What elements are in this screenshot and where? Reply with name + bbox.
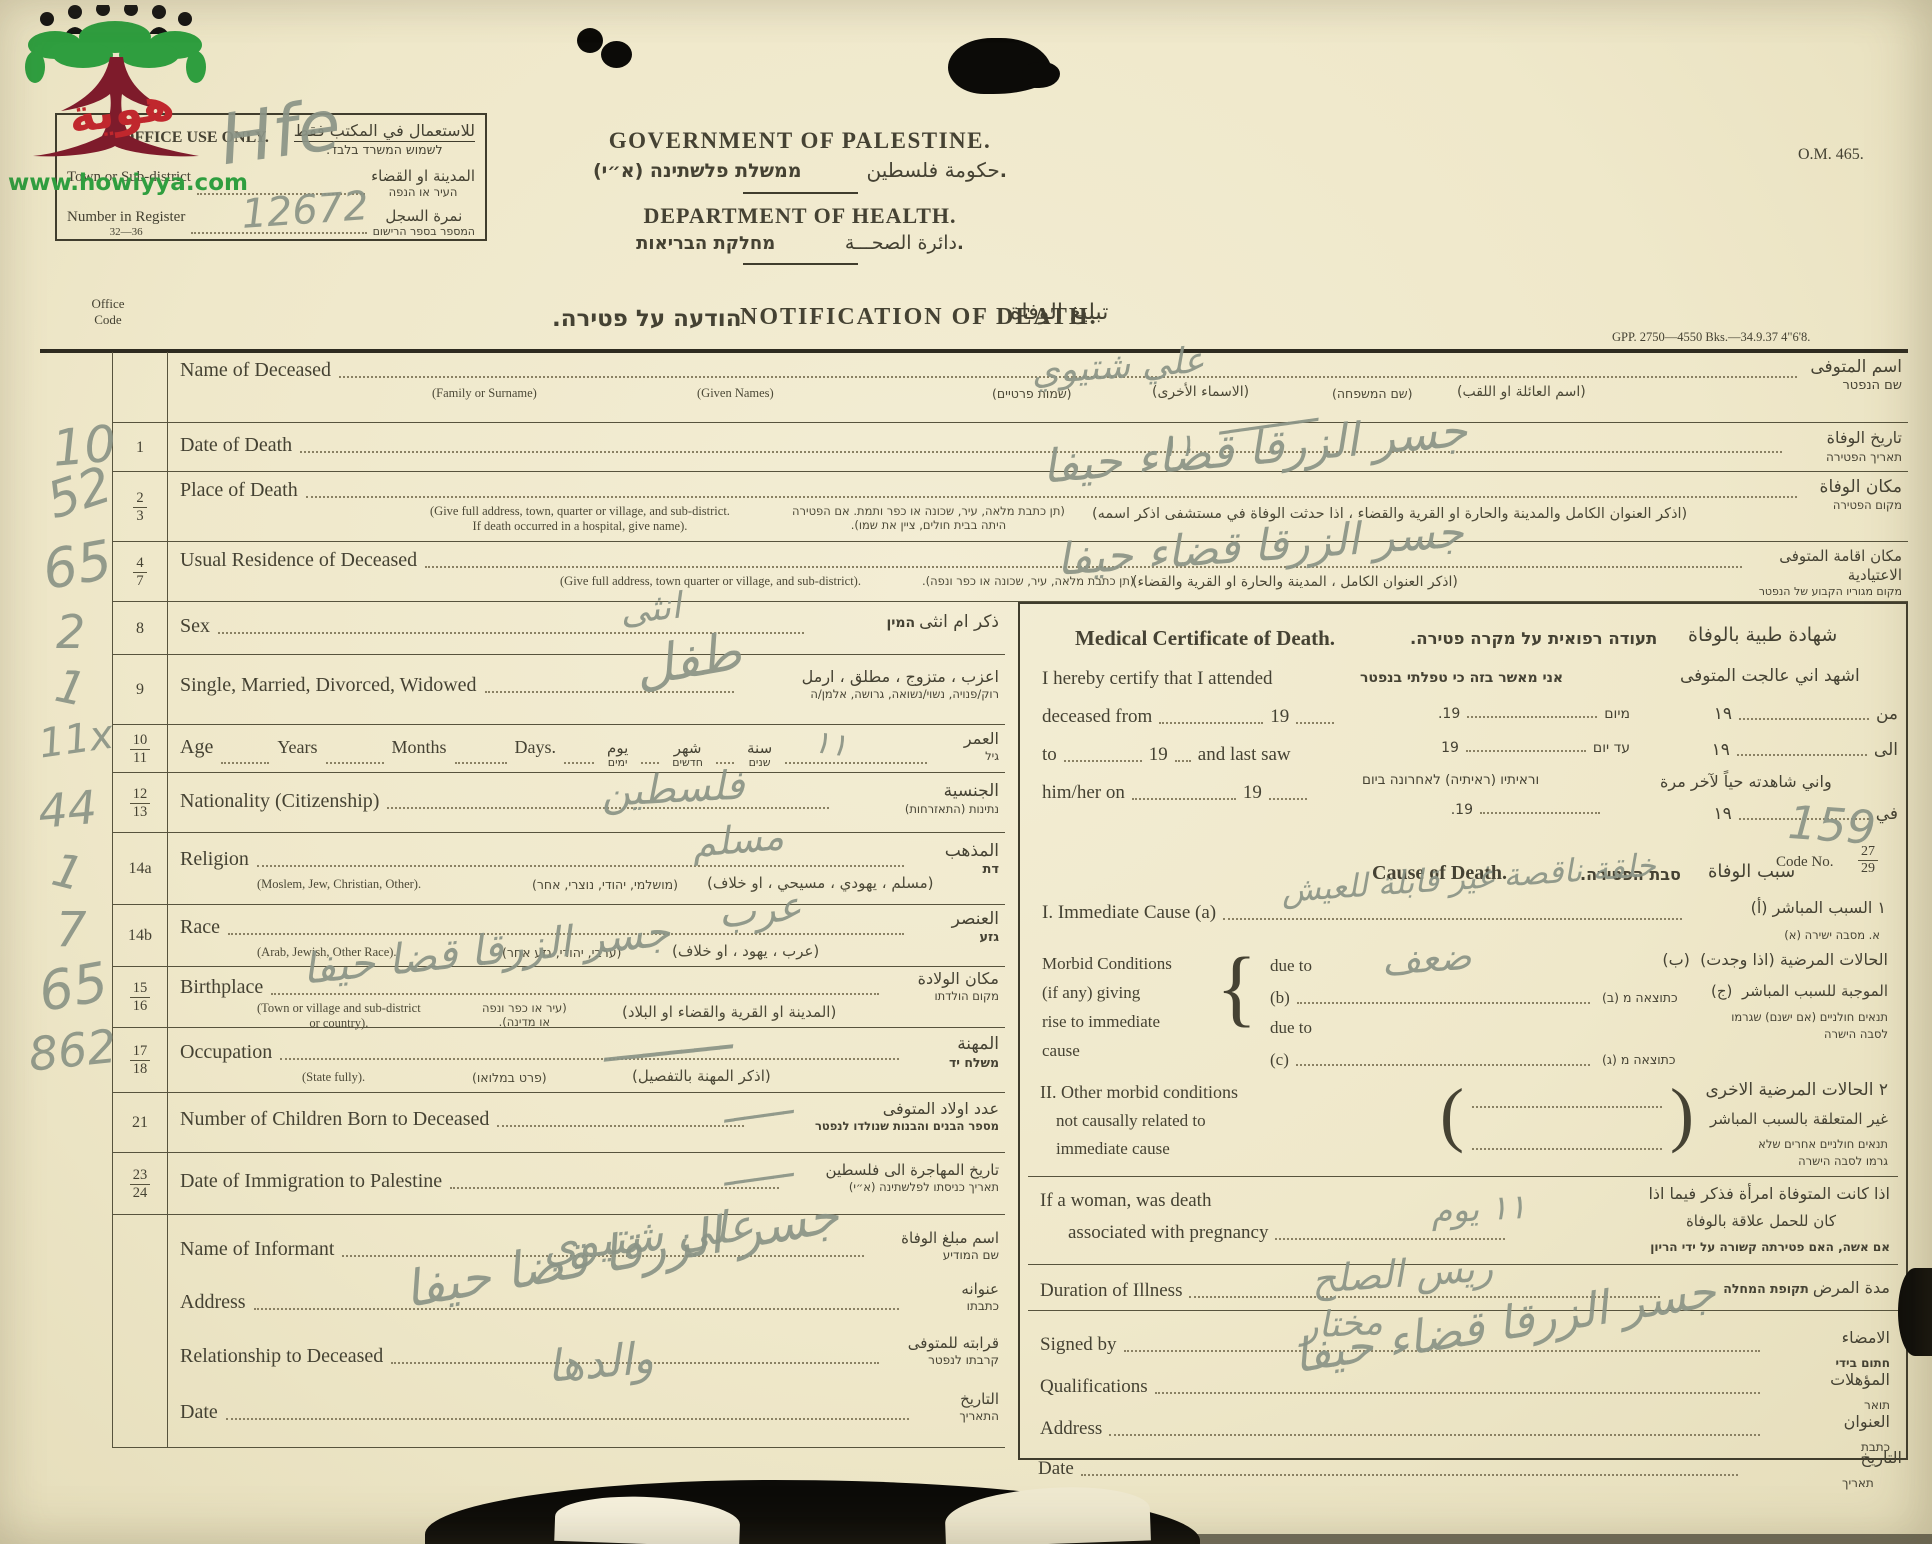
header-divider [743, 192, 858, 194]
other-morbid-line-1 [1472, 1106, 1662, 1108]
race-entry-line [228, 933, 904, 935]
occupation-label-ar: المهنة [909, 1034, 999, 1055]
place-of-death-label-ar: مكان الوفاة [1807, 477, 1902, 498]
place-sublabel-he: (תן כתבת מלאה, עיר, שכונה או כפר ותמת. א… [792, 504, 1065, 532]
age-months-label: Months [392, 737, 447, 758]
birthplace-label-ar: مكان الولادة [889, 969, 999, 989]
scan-artifact-dot [577, 28, 603, 53]
office-use-only-label-ar: للاستعمال في المكتب فقط [294, 121, 475, 142]
row-occupation: 1718 Occupation (State fully). (פרט במלו… [40, 1028, 1005, 1093]
form-reference-number: O.M. 465. [1798, 146, 1864, 164]
morbid-label-ar-2: الموجبة للسبب المباشر (ج) [1711, 982, 1888, 1000]
birthplace-entry-line [271, 993, 879, 995]
date-of-death-label-ar: تاريخ الوفاة [1827, 428, 1902, 447]
immigration-label-he: תאריך כניסתו לפלשתינה (א״י) [789, 1180, 999, 1195]
row-number: 21 [132, 1114, 148, 1132]
sex-entry-line [218, 632, 804, 634]
woman-he: אם אשה, האם פטירתה קשורה על ידי הריון [1650, 1240, 1890, 1254]
woman-ar-2: كان للحمل علاقة بالوفاة [1686, 1212, 1836, 1230]
duration-label-ar: مدة المرض [1813, 1278, 1890, 1297]
race-label-he: גזע [914, 930, 999, 947]
children-label-he: מספר הבנים והבנות שנולדו לנפטר [754, 1119, 999, 1134]
morbid-label-he-1: תנאים חולניים (אם ישנם) שגרמו [1731, 1010, 1888, 1024]
morbid-brace: { [1216, 944, 1257, 1030]
morbid-en-4: cause [1042, 1041, 1080, 1061]
header-divider [743, 263, 858, 265]
row-children: 21 Number of Children Born to Deceased ع… [40, 1093, 1005, 1153]
town-subdistrict-label-he: העיר או הנפה [371, 185, 475, 199]
family-name-sublabel-he: (שם המשפחה) [1332, 386, 1413, 401]
date-of-death-label-he: תאריך הפטירה [1826, 450, 1902, 464]
place-sublabel-en: (Give full address, town, quarter or vil… [430, 504, 730, 534]
due-to-b-label-he: כתוצאה מ (ב) [1602, 990, 1678, 1005]
morbid-en-1: Morbid Conditions [1042, 954, 1172, 974]
department-title-en: DEPARTMENT OF HEALTH. [500, 203, 1100, 229]
informant-name-entry-line [342, 1255, 864, 1257]
row-date-of-death: 1 Date of Death تاريخ الوفاة תאריך הפטיר… [40, 423, 1908, 472]
row-sex: 8 Sex ذكر ام انثى המין [40, 602, 1005, 655]
nationality-label-he: נתינות (התאזרחות) [839, 802, 999, 817]
other-morbid-en-3: immediate cause [1056, 1139, 1170, 1159]
race-label-ar: العنصر [914, 909, 999, 930]
panel-divider [1028, 1310, 1898, 1311]
woman-en-1: If a woman, was death [1040, 1190, 1211, 1212]
place-entry-line [306, 496, 1797, 498]
certify-line3-en: to19and last saw [1042, 744, 1291, 766]
birthplace-sublabel-he: (עיר או כפר ונפה או מדינה). [482, 1001, 567, 1029]
panel-divider [1028, 1176, 1898, 1177]
usual-residence-label: Usual Residence of Deceased [180, 549, 417, 572]
birthplace-sublabel-en: (Town or village and sub-district or cou… [257, 1001, 421, 1031]
relationship-label: Relationship to Deceased [180, 1345, 383, 1368]
government-header: GOVERNMENT OF PALESTINE. حكومة فلسطين ממ… [500, 128, 1100, 265]
register-number-label: Number in Register [67, 209, 185, 226]
immediate-cause-line: I. Immediate Cause (a) [1042, 902, 1682, 924]
row-number: 9 [136, 681, 144, 699]
row-number: 14a [128, 860, 151, 878]
immediate-cause-label-ar: ١ السبب المباشر (أ) [1751, 898, 1886, 917]
row-usual-residence: 47 Usual Residence of Deceased (Give ful… [40, 542, 1908, 602]
other-morbid-line-2 [1472, 1148, 1662, 1150]
informant-name-label-he: שם המודיע [874, 1248, 999, 1264]
woman-en-2: associated with pregnancy [1068, 1222, 1548, 1244]
marital-status-label-ar: اعزب ، متزوج ، مطلق ، ارمل [744, 667, 999, 687]
other-morbid-en-1: II. Other morbid conditions [1040, 1082, 1238, 1103]
due-to-b-label: due to [1270, 956, 1312, 976]
marital-status-label: Single, Married, Divorced, Widowed [180, 674, 477, 697]
certify-line3-he: עד יום19 [1370, 740, 1630, 756]
residence-entry-line [425, 566, 1742, 568]
sex-label: Sex [180, 615, 210, 638]
age-label: Age [180, 736, 213, 759]
other-morbid-en-2: not causally related to [1056, 1111, 1206, 1131]
death-notification-scan: هوية www.howiyya.com OFFICE USE ONLY. لل… [0, 0, 1932, 1544]
doctor-address-label-ar: العنوان [1844, 1412, 1890, 1431]
marital-status-label-he: רוק/פנויה, נשוי/נשואה, גרושה, אלמן/ה [744, 687, 999, 702]
certify-line4-ar: واني شاهدته حياً لآخر مرة [1660, 772, 1832, 791]
other-morbid-he-1: תנאים חולניים אחרים שלא [1758, 1137, 1888, 1151]
religion-sublabel-en: (Moslem, Jew, Christian, Other). [257, 877, 421, 892]
torn-bottom-shadow [1195, 1534, 1932, 1544]
signed-by-label-ar: الامضاء [1842, 1328, 1890, 1347]
row-marital-status: 9 Single, Married, Divorced, Widowed اعز… [40, 655, 1005, 725]
occupation-sublabel-ar: (اذكر المهنة بالتفصيل) [632, 1067, 771, 1085]
cause-title-he: סבת הפטירה. [1580, 865, 1681, 884]
row-number: 14b [128, 927, 152, 945]
morbid-en-3: rise to immediate [1042, 1012, 1160, 1032]
informant-name-label-ar: اسم مبلغ الوفاة [874, 1229, 999, 1248]
usual-residence-label-ar: مكان اقامة المتوفى الاعتيادية [1752, 547, 1902, 585]
certify-line2-he: מיום19. [1370, 706, 1630, 722]
name-entry-line [339, 376, 1797, 378]
morbid-en-2: (if any) giving [1042, 983, 1140, 1003]
residence-sublabel-en: (Give full address, town quarter or vill… [560, 574, 861, 589]
medical-title-ar: شهادة طبية بالوفاة [1688, 624, 1837, 646]
sex-label-ar: ذكر ام انثى [919, 612, 999, 632]
duration-labels: مدة المرض תקופת המחלה [1723, 1278, 1890, 1298]
watermark-url: www.howiyya.com [8, 170, 248, 196]
informant-address-entry-line [254, 1308, 899, 1310]
doctor-address-line: Address [1040, 1418, 1760, 1440]
cause-title-en: Cause of Death. [1372, 862, 1507, 885]
woman-ar-1: اذا كانت المتوفاة امرأة فذكر فيما اذا [1648, 1184, 1890, 1203]
race-sublabel-ar: (عرب ، يهود ، او خلاف) [672, 942, 819, 960]
immigration-label-ar: تاريخ المهاجرة الى فلسطين [789, 1161, 999, 1180]
date-of-death-label: Date of Death [180, 434, 292, 457]
due-to-c-label: due to [1270, 1018, 1312, 1038]
nationality-label: Nationality (Citizenship) [180, 790, 379, 813]
doctor-date-label-ar: التاريخ [1860, 1448, 1902, 1467]
religion-sublabel-he: (מושלמי, יהודי, נוצרי, אחר) [532, 877, 678, 892]
row-name-of-deceased: Name of Deceased (Family or Surname) (Gi… [40, 352, 1908, 423]
scan-artifact-blob [1022, 62, 1060, 88]
row-immigration: 2324 Date of Immigration to Palestine تا… [40, 1153, 1005, 1215]
signed-by-label-he: חתום בידי [1835, 1356, 1890, 1370]
race-sublabel-en: (Arab, Jewish, Other Race). [257, 945, 397, 960]
duration-line: Duration of Illness [1040, 1280, 1660, 1302]
row-place-of-death: 23 Place of Death (Give full address, to… [40, 472, 1908, 542]
certify-line1-ar: اشهد اني عالجت المتوفى [1680, 666, 1860, 686]
due-to-c-label-he: כתוצאה מ (ג) [1602, 1052, 1676, 1067]
sex-label-he: המין [886, 615, 915, 631]
birthplace-label-he: מקום הולדתו [889, 989, 999, 1004]
informant-date-entry-line [226, 1418, 909, 1420]
row-race: 14b Race (Arab, Jewish, Other Race). (ער… [40, 905, 1005, 967]
qualifications-line: Qualifications [1040, 1376, 1760, 1398]
signed-by-line: Signed by [1040, 1334, 1760, 1356]
occupation-sublabel-en: (State fully). [302, 1070, 365, 1085]
row-birthplace: 1516 Birthplace (Town or village and sub… [40, 967, 1005, 1028]
name-of-deceased-label-he: שם הנפטר [1807, 378, 1902, 395]
nationality-entry-line [387, 807, 829, 809]
office-use-only-label-he: לשמוש המשרד בלבד. [294, 142, 475, 157]
residence-sublabel-he: (תן כתבת מלאה, עיר, שכונה או כפר ונפה). [922, 574, 1134, 588]
duration-label-he: תקופת המחלה [1723, 1281, 1809, 1296]
howiyya-logo: هوية [15, 5, 215, 175]
howiyya-wordmark: هوية [65, 76, 177, 144]
informant-date-label-he: התאריך [919, 1409, 999, 1425]
due-to-b-line: (b) [1270, 988, 1590, 1008]
occupation-label-he: משלח יד [909, 1055, 999, 1071]
qualifications-label-ar: المؤهلات [1830, 1370, 1890, 1389]
age-days-label: Days. [515, 737, 557, 758]
other-morbid-ar-2: غير المتعلقة بالسبب المباشر [1710, 1110, 1888, 1128]
cause-title-ar: سبب الوفاة [1708, 861, 1795, 882]
name-of-deceased-label: Name of Deceased [180, 359, 331, 382]
occupation-label: Occupation [180, 1041, 272, 1064]
place-of-death-label: Place of Death [180, 479, 298, 502]
given-names-sublabel-he: (שמות פרטיים) [992, 386, 1072, 401]
morbid-label-he-2: לסבה הישרה [1824, 1027, 1888, 1041]
relationship-label-he: קרבתו לנפטר [889, 1353, 999, 1369]
certify-line4-en: him/her on19 [1042, 782, 1307, 804]
religion-label: Religion [180, 848, 249, 871]
government-title-en: GOVERNMENT OF PALESTINE. [500, 128, 1100, 154]
age-day-col: يومימים [607, 741, 628, 768]
given-names-sublabel: (Given Names) [697, 386, 774, 401]
medical-certificate-panel: Medical Certificate of Death. תעודה רפוא… [1018, 602, 1908, 1460]
immigration-entry-line [450, 1187, 779, 1189]
religion-entry-line [257, 865, 904, 867]
row-nationality: 1213 Nationality (Citizenship) الجنسية נ… [40, 773, 1005, 833]
row-relationship: Relationship to Deceased قرابته للمتوفى … [40, 1324, 1005, 1380]
department-title-ar: دائرة الصحـــة [845, 232, 957, 254]
register-number-range: 32—36 [67, 226, 185, 238]
medical-title-he: תעודה רפואית על מקרה פטירה. [1410, 629, 1657, 648]
children-label-ar: عدد اولاد المتوفى [754, 1099, 999, 1119]
age-years-label: Years [277, 737, 317, 758]
register-number-label-ar: نمرة السجل [373, 207, 475, 225]
other-morbid-paren-open: ( [1440, 1078, 1464, 1150]
certify-line5-he: 19. [1400, 802, 1600, 818]
form-title-ar: تبليغ الوفاة [1010, 300, 1108, 325]
panel-divider [1028, 1264, 1898, 1265]
immigration-label: Date of Immigration to Palestine [180, 1170, 442, 1193]
certify-line5-ar: في١٩ [1668, 804, 1898, 824]
medical-title-en: Medical Certificate of Death. [1075, 626, 1335, 651]
certify-line1-he: אני מאשר בזה כי טפלתי בנפטר [1360, 670, 1563, 686]
name-of-deceased-label-ar: اسم المتوفى [1807, 357, 1902, 378]
age-label-he: גיל [937, 749, 999, 764]
place-of-death-label-he: מקום הפטירה [1807, 498, 1902, 513]
informant-name-label: Name of Informant [180, 1238, 334, 1261]
immediate-cause-label-he: א. מסבה ישירה (א) [1784, 928, 1880, 942]
occupation-entry-line [280, 1058, 899, 1060]
family-name-sublabel-ar: (اسم العائلة او اللقب) [1457, 384, 1586, 400]
religion-label-ar: المذهب [914, 841, 999, 862]
age-year-col: سنةשנים [747, 741, 772, 768]
town-subdistrict-label-ar: المدينة او القضاء [371, 167, 475, 185]
certify-line4-he: וראיתיו (ראיתיה) לאחרונה ביום [1362, 772, 1539, 788]
scan-artifact-edge [1898, 1268, 1932, 1356]
print-reference: GPP. 2750—4550 Bks.—34.9.37 4"6'8. [1612, 330, 1810, 345]
informant-date-label-ar: التاريخ [919, 1390, 999, 1409]
office-code-label: Office Code [78, 296, 138, 327]
qualifications-label-he: תואר [1864, 1398, 1890, 1412]
race-label: Race [180, 916, 220, 939]
birthplace-label: Birthplace [180, 976, 263, 999]
informant-address-label: Address [180, 1291, 246, 1314]
date-entry-line [300, 451, 1782, 453]
informant-date-label: Date [180, 1401, 218, 1424]
row-age: 1011 Age Years Months Days. يومימים شهرח… [40, 725, 1005, 773]
other-morbid-paren-close: ) [1670, 1078, 1694, 1150]
row-informant-date: Date التاريخ התאריך [40, 1380, 1005, 1448]
relationship-entry-line [391, 1362, 879, 1364]
race-sublabel-he: (ערבי, יהודי, גזע אחר) [502, 945, 621, 960]
register-number-label-he: המספר בספר הרישום [373, 225, 475, 238]
birthplace-sublabel-ar: (المدينة او القرية والقضاء او البلاد) [622, 1003, 836, 1021]
row-religion: 14a Religion (Moslem, Jew, Christian, Ot… [40, 833, 1005, 905]
scan-artifact-dot [601, 41, 632, 68]
other-morbid-he-2: גרמו לסבה הישרה [1798, 1154, 1888, 1168]
residence-sublabel-ar: (اذكر العنوان الكامل ، المدينة والحارة ا… [1132, 574, 1458, 590]
code-no-fraction: 2729 [1858, 844, 1878, 877]
occupation-sublabel-he: (פרט במלואו) [472, 1070, 547, 1085]
certify-line1-en: I hereby certify that I attended [1042, 668, 1273, 690]
row-informant-address: Address عنوانه כתבתו [40, 1272, 1005, 1324]
other-morbid-ar-1: ٢ الحالات المرضية الاخرى [1705, 1080, 1888, 1100]
children-label: Number of Children Born to Deceased [180, 1108, 489, 1131]
usual-residence-label-he: מקום מגוריו הקבוע של הנפטר [1752, 585, 1902, 599]
certify-line2-en: deceased from19 [1042, 706, 1334, 728]
row-informant-name: Name of Informant اسم مبلغ الوفاة שם המו… [40, 1215, 1005, 1272]
age-month-col: شهرחדשים [672, 741, 703, 768]
age-label-ar: العمر [937, 729, 999, 749]
surname-sublabel: (Family or Surname) [432, 386, 537, 401]
other-names-sublabel-ar: (الاسماء الأخرى) [1152, 384, 1249, 400]
place-sublabel-ar: (اذكر العنوان الكامل والمدينة والحارة او… [1092, 506, 1687, 522]
certify-line3-ar: الى١٩ [1668, 740, 1898, 760]
relationship-label-ar: قرابته للمتوفى [889, 1334, 999, 1353]
doctor-date-line: Date [1038, 1458, 1738, 1480]
children-entry-line [497, 1125, 744, 1127]
row-number: 8 [136, 620, 144, 638]
religion-sublabel-ar: (مسلم ، يهودي ، مسيحي ، او خلاف) [707, 874, 934, 892]
informant-address-label-he: כתבתו [909, 1299, 999, 1315]
nationality-label-ar: الجنسية [839, 781, 999, 802]
government-title-ar: حكومة فلسطين [867, 158, 1000, 182]
due-to-c-line: (c) [1270, 1050, 1590, 1070]
marital-entry-line [485, 691, 734, 693]
row-number: 1 [136, 439, 144, 457]
form-title-he: הודעה על פטירה. [552, 306, 742, 332]
informant-address-label-ar: عنوانه [909, 1280, 999, 1299]
doctor-date-label-he: תאריך [1842, 1476, 1874, 1490]
morbid-label-ar-1: الحالات المرضية (اذا وجدت) (ب) [1662, 950, 1888, 969]
certify-line2-ar: من١٩ [1668, 704, 1898, 724]
